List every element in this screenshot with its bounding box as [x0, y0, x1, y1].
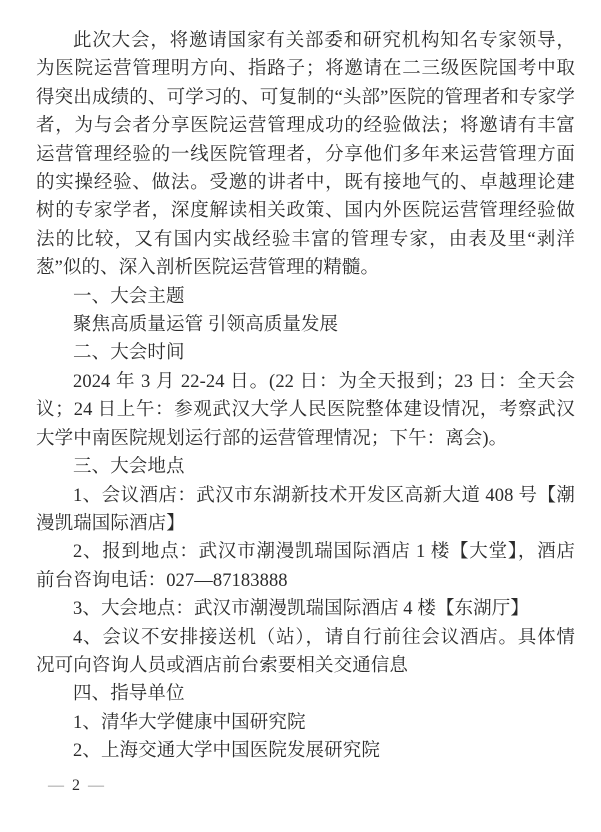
- section-heading-venue: 三、大会地点: [36, 453, 575, 481]
- page-number-value: 2: [66, 777, 88, 794]
- guidance-unit-2: 2、上海交通大学中国医院发展研究院: [36, 737, 575, 765]
- document-page: 此次大会，将邀请国家有关部委和研究机构知名专家领导，为医院运营管理明方向、指路子…: [0, 0, 601, 832]
- page-number: —2—: [48, 776, 106, 796]
- venue-item-checkin: 2、报到地点：武汉市潮漫凯瑞国际酒店 1 楼【大堂】，酒店前台咨询电话：027—…: [36, 538, 575, 595]
- time-text: 2024 年 3 月 22-24 日。(22 日：为全天报到；23 日：全天会议…: [36, 368, 575, 453]
- document-body: 此次大会，将邀请国家有关部委和研究机构知名专家领导，为医院运营管理明方向、指路子…: [36, 27, 575, 766]
- section-heading-theme: 一、大会主题: [36, 283, 575, 311]
- theme-text: 聚焦高质量运管 引领高质量发展: [36, 311, 575, 339]
- intro-paragraph: 此次大会，将邀请国家有关部委和研究机构知名专家领导，为医院运营管理明方向、指路子…: [36, 27, 575, 283]
- page-number-left-dash: —: [48, 777, 66, 794]
- section-heading-guidance: 四、指导单位: [36, 680, 575, 708]
- guidance-unit-1: 1、清华大学健康中国研究院: [36, 709, 575, 737]
- venue-item-transport: 4、会议不安排接送机（站），请自行前往会议酒店。具体情况可向咨询人员或酒店前台索…: [36, 624, 575, 681]
- venue-item-hall: 3、大会地点：武汉市潮漫凯瑞国际酒店 4 楼【东湖厅】: [36, 595, 575, 623]
- page-number-right-dash: —: [88, 777, 106, 794]
- venue-item-hotel: 1、会议酒店：武汉市东湖新技术开发区高新大道 408 号【潮漫凯瑞国际酒店】: [36, 482, 575, 539]
- section-heading-time: 二、大会时间: [36, 339, 575, 367]
